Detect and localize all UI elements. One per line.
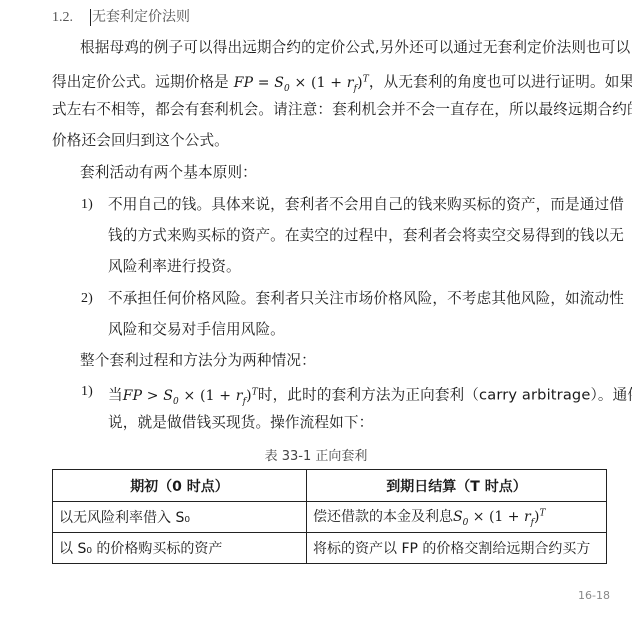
carry-arbitrage-table: 期初（0 时点） 到期日结算（T 时点） 以无风险利率借入 S₀ 偿还借款的本金… bbox=[52, 469, 607, 564]
table-caption: 表 33-1 正向套利 bbox=[0, 445, 632, 464]
table-header: 期初（0 时点） bbox=[53, 470, 307, 502]
list-item-line: 不用自己的钱。具体来说，套利者不会用自己的钱来购买标的资产，而是通过借 bbox=[108, 195, 624, 215]
list-item-line: 风险和交易对手信用风险。 bbox=[108, 320, 285, 340]
page-number: 16-18 bbox=[578, 589, 610, 602]
list-item-line: 钱的方式来购买标的资产。在卖空的过程中，套利者会将卖空交易得到的钱以无 bbox=[108, 226, 624, 246]
text-segment: 当 bbox=[108, 387, 123, 404]
table-cell: 偿还借款的本金及利息S0 × (1 + rf)T bbox=[307, 502, 607, 533]
list-number: 1) bbox=[81, 382, 93, 402]
table-row: 以 S₀ 的价格购买标的资产 将标的资产以 FP 的价格交割给远期合约买方 bbox=[53, 533, 607, 564]
paragraph-line: 套利活动有两个基本原则： bbox=[80, 163, 257, 183]
list-item-line: 说，就是做借钱买现货。操作流程如下： bbox=[108, 413, 373, 433]
section-title: 无套利定价法则 bbox=[92, 9, 190, 25]
paragraph-line: 价格还会回归到这个公式。 bbox=[52, 131, 229, 151]
section-number: 1.2. bbox=[52, 8, 90, 28]
cut-off-text-fragment bbox=[58, 609, 178, 618]
forward-price-formula: FP = S0 × (1 + rf)T bbox=[234, 75, 369, 91]
section-heading: 1.2.无套利定价法则 bbox=[52, 7, 190, 27]
table-row: 以无风险利率借入 S₀ 偿还借款的本金及利息S0 × (1 + rf)T bbox=[53, 502, 607, 533]
list-item-line: 不承担任何价格风险。套利者只关注市场价格风险，不考虑其他风险，如流动性 bbox=[108, 289, 624, 309]
carry-arbitrage-condition: FP > S0 × (1 + rf)T bbox=[123, 388, 258, 404]
paragraph-line: 根据母鸡的例子可以得出远期合约的定价公式,另外还可以通过无套利定价法则也可以 bbox=[80, 38, 630, 58]
table-cell: 以无风险利率借入 S₀ bbox=[53, 502, 307, 533]
table-header-row: 期初（0 时点） 到期日结算（T 时点） bbox=[53, 470, 607, 502]
text-segment: 时，此时的套利方法为正向套利（carry arbitrage）。通俗的 bbox=[258, 387, 632, 404]
paragraph-line: 整个套利过程和方法分为两种情况： bbox=[80, 351, 316, 371]
text-segment: 得出定价公式。远期价格是 bbox=[52, 74, 229, 91]
list-number: 1) bbox=[81, 195, 93, 215]
paragraph-line: 得出定价公式。远期价格是 FP = S0 × (1 + rf)T，从无套利的角度… bbox=[52, 69, 632, 89]
list-item-line: 风险利率进行投资。 bbox=[108, 257, 241, 277]
list-item-line: 当FP > S0 × (1 + rf)T时，此时的套利方法为正向套利（carry… bbox=[108, 382, 632, 402]
repayment-formula: S0 × (1 + rf)T bbox=[453, 509, 546, 525]
table-cell: 以 S₀ 的价格购买标的资产 bbox=[53, 533, 307, 564]
text-segment: ，从无套利的角度也可以进行证明。如果等 bbox=[369, 74, 632, 91]
paragraph-line: 式左右不相等，都会有套利机会。请注意：套利机会并不会一直存在，所以最终远期合约的 bbox=[52, 100, 632, 120]
list-number: 2) bbox=[81, 289, 93, 309]
table-cell: 将标的资产以 FP 的价格交割给远期合约买方 bbox=[307, 533, 607, 564]
text-cursor bbox=[90, 9, 91, 26]
table-header: 到期日结算（T 时点） bbox=[307, 470, 607, 502]
